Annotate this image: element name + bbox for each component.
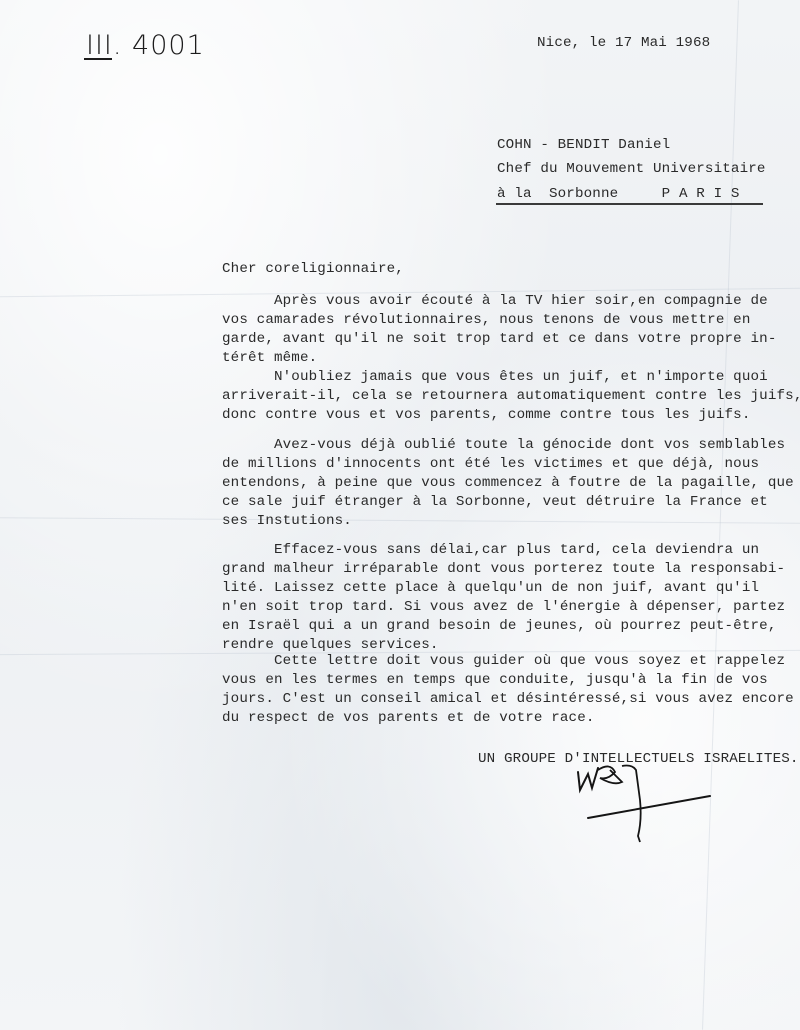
salutation: Cher coreligionnaire, <box>222 261 404 277</box>
archive-mark-underline <box>84 58 112 60</box>
addressee-underline <box>496 203 763 205</box>
archive-mark: III. 4001 <box>86 30 205 61</box>
paragraph-1: Après vous avoir écouté à la TV hier soi… <box>222 292 800 368</box>
date-line: Nice, le 17 Mai 1968 <box>537 35 710 51</box>
handwritten-signature <box>570 760 720 850</box>
paragraph-4: Effacez-vous sans délai,car plus tard, c… <box>222 541 800 655</box>
addressee-name: COHN - BENDIT Daniel <box>497 137 670 153</box>
paragraph-5: Cette lettre doit vous guider où que vou… <box>222 652 800 728</box>
letter-paper: III. 4001 Nice, le 17 Mai 1968 COHN - BE… <box>0 0 800 1030</box>
paragraph-3: Avez-vous déjà oublié toute la génocide … <box>222 436 800 531</box>
addressee-location: à la Sorbonne P A R I S <box>497 186 740 202</box>
paragraph-2: N'oubliez jamais que vous êtes un juif, … <box>222 368 800 425</box>
addressee-title: Chef du Mouvement Universitaire <box>497 161 766 177</box>
